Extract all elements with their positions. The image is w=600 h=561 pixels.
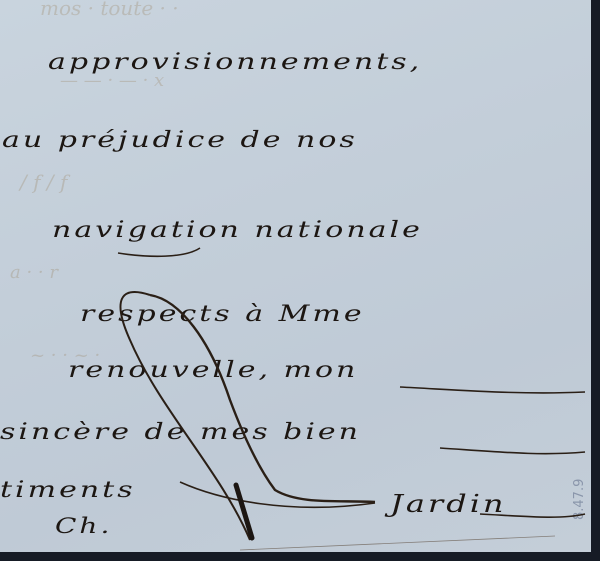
- frame-border-right: [591, 0, 600, 561]
- letter-paper: mos · toute · · — — · — · x / f / f a · …: [0, 0, 591, 552]
- ink-flourish: [0, 0, 591, 552]
- frame-border-bottom: [0, 552, 600, 561]
